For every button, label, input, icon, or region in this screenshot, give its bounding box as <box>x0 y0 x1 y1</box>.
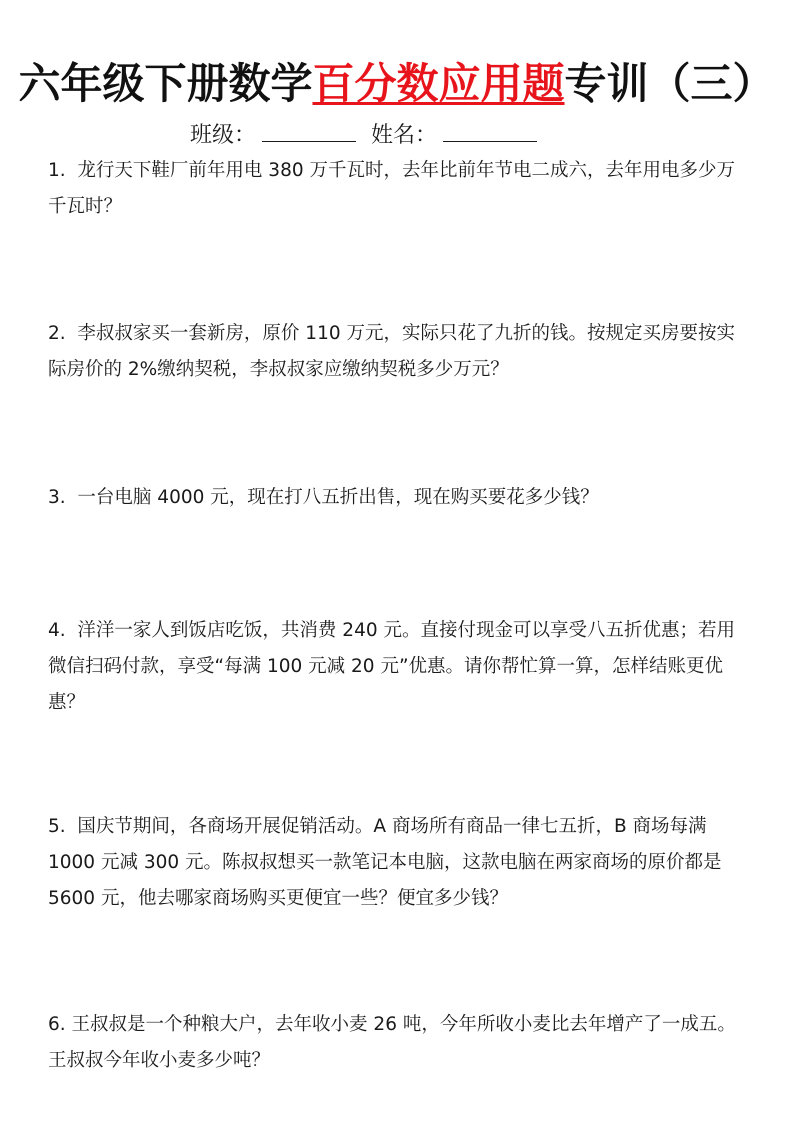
class-blank[interactable] <box>262 119 356 142</box>
question-5: 5. 国庆节期间，各商场开展促销活动。A 商场所有商品一律七五折，B 商场每满 … <box>48 809 753 917</box>
question-number: 6. <box>48 1014 66 1035</box>
name-blank[interactable] <box>443 119 537 142</box>
class-label: 班级： <box>190 123 256 148</box>
question-4: 4. 洋洋一家人到饭店吃饭，共消费 240 元。直接付现金可以享受八五折优惠；若… <box>48 613 753 721</box>
student-info-line: 班级： 姓名： <box>190 119 545 151</box>
question-text: 洋洋一家人到饭店吃饭，共消费 240 元。直接付现金可以享受八五折优惠；若用微信… <box>48 620 735 713</box>
question-text: 一台电脑 4000 元，现在打八五折出售，现在购买要花多少钱？ <box>77 487 598 508</box>
question-3: 3. 一台电脑 4000 元，现在打八五折出售，现在购买要花多少钱？ <box>48 480 753 516</box>
question-2: 2. 李叔叔家买一套新房，原价 110 万元，实际只花了九折的钱。按规定买房要按… <box>48 316 753 388</box>
title-suffix: 专训（三） <box>565 59 775 108</box>
question-number: 3. <box>48 487 66 508</box>
question-number: 1. <box>48 160 66 181</box>
question-1: 1. 龙行天下鞋厂前年用电 380 万千瓦时，去年比前年节电二成六，去年用电多少… <box>48 153 753 225</box>
question-number: 4. <box>48 620 66 641</box>
question-6: 6. 王叔叔是一个种粮大户，去年收小麦 26 吨，今年所收小麦比去年增产了一成五… <box>48 1007 753 1079</box>
page-title: 六年级下册数学百分数应用题专训（三） <box>0 56 793 112</box>
question-number: 2. <box>48 323 66 344</box>
question-text: 李叔叔家买一套新房，原价 110 万元，实际只花了九折的钱。按规定买房要按实际房… <box>48 323 735 380</box>
question-number: 5. <box>48 816 66 837</box>
title-highlight: 百分数应用题 <box>312 59 564 108</box>
title-prefix: 六年级下册数学 <box>18 59 312 108</box>
question-text: 国庆节期间，各商场开展促销活动。A 商场所有商品一律七五折，B 商场每满 100… <box>48 816 722 909</box>
name-label: 姓名： <box>371 123 437 148</box>
question-text: 龙行天下鞋厂前年用电 380 万千瓦时，去年比前年节电二成六，去年用电多少万千瓦… <box>48 160 735 217</box>
question-text: 王叔叔是一个种粮大户，去年收小麦 26 吨，今年所收小麦比去年增产了一成五。王叔… <box>48 1014 736 1071</box>
